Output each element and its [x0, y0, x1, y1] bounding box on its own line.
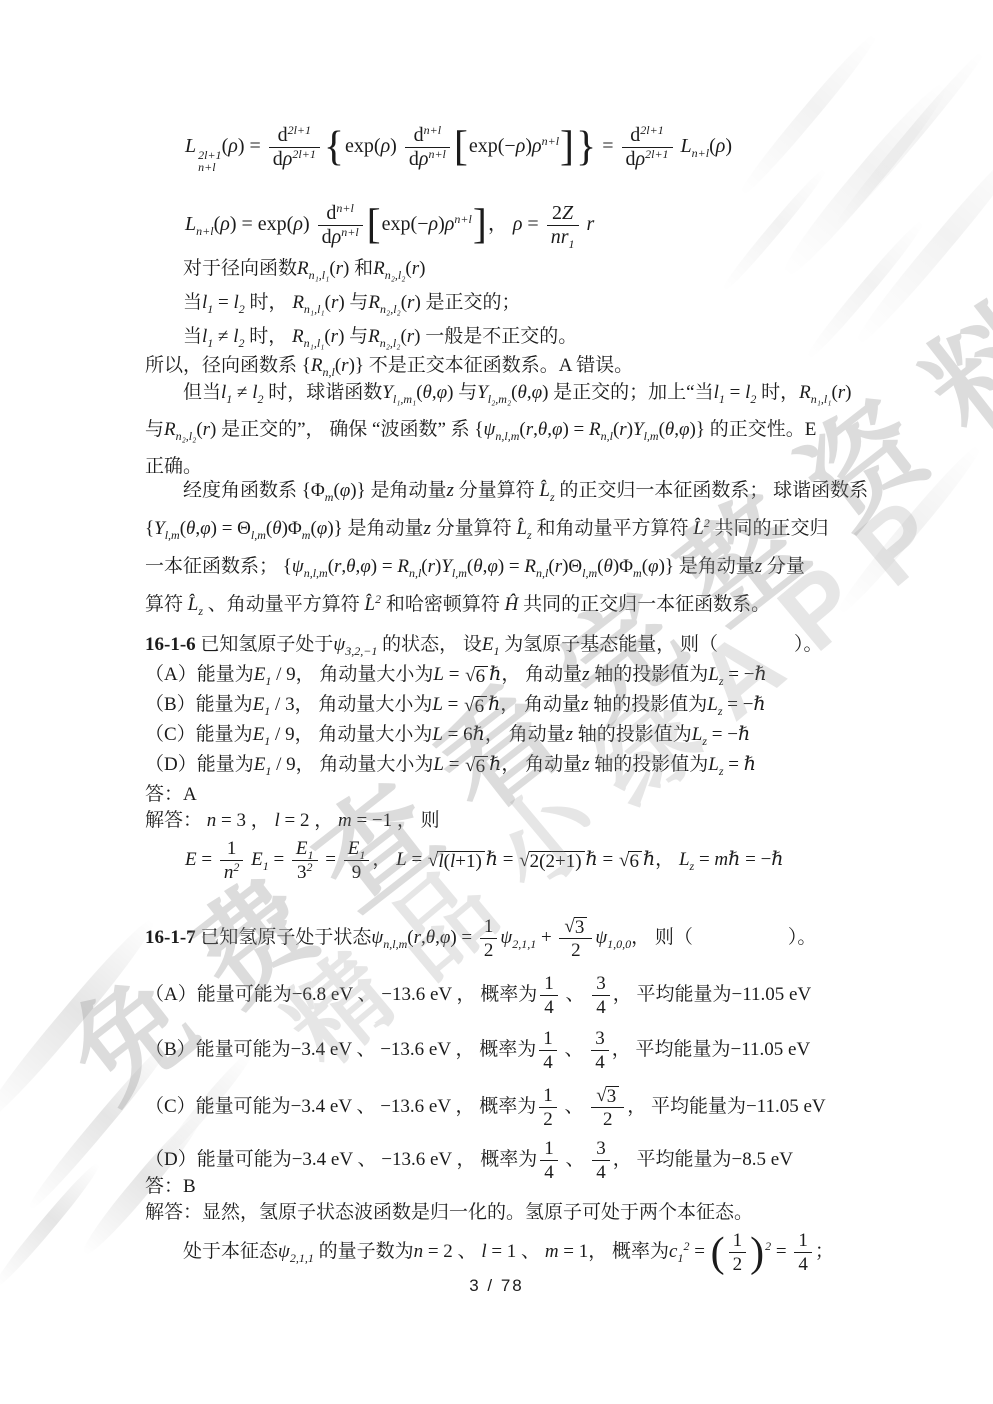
option-16-1-6-d: （D）能量为E1 / 9， 角动量大小为L = √6ℏ， 角动量z 轴的投影值为… — [145, 750, 822, 780]
paragraph-line: 一本征函数系； {ψn,l,m(r,θ,φ) = Rn,l(r)Yl,m(θ,φ… — [145, 548, 868, 586]
paragraph-line: 对于径向函数Rn₁,l₁(r) 和Rn₂,l₂(r) — [183, 252, 577, 286]
paragraph-line: 算符 L̂z 、角动量平方算符 L̂2 和哈密顿算符 Ĥ 共同的正交归一本征函数… — [145, 586, 868, 624]
option-16-1-7-c: （C）能量可能为−3.4 eV 、 −13.6 eV ， 概率为12 、 √32… — [145, 1078, 826, 1136]
solution-16-1-6-intro: 解答： n = 3 ， l = 2 ， m = −1 ， 则 — [145, 808, 440, 834]
problem-16-1-7-stem-formula: 已知氢原子处于状态ψn,l,m(r,θ,φ) = 12ψ2,1,1 + √32ψ… — [200, 927, 816, 948]
document-page: 免费查看完整资料 精品小绿APP L2l+1n+l(ρ) = d2l+1dρ2l… — [0, 0, 993, 1404]
problem-16-1-6-label: 16-1-6 — [145, 634, 196, 655]
paragraph-line: 与Rn₂,l₂(r) 是正交的”， 确保 “波函数” 系 {ψn,l,m(r,θ… — [145, 411, 852, 448]
option-16-1-7-d: （D）能量可能为−3.4 eV 、 −13.6 eV ， 概率为14 、 34，… — [145, 1134, 793, 1186]
problem-16-1-6: 16-1-6 已知氢原子处于ψ3,2,−1 的状态， 设E1 为氢原子基态能量，… — [145, 630, 822, 780]
solution-16-1-6-formula: E = 1n2 E1 = E132 = E19， L = √l(l+1)ℏ = … — [185, 836, 784, 884]
problem-16-1-7-stem: 16-1-7 已知氢原子处于状态ψn,l,m(r,θ,φ) = 12ψ2,1,1… — [145, 908, 816, 968]
paragraph-eigenfunction-systems: 经度角函数系 {Φm(φ)} 是角动量z 分量算符 L̂z 的正交归一本征函数系… — [145, 472, 868, 624]
solution-16-1-7-line: 处于本征态ψ2,1,1 的量子数为n = 2 、 l = 1 、 m = 1， … — [183, 1226, 834, 1278]
option-16-1-6-c: （C）能量为E1 / 9， 角动量大小为L = 6ℏ， 角动量z 轴的投影值为L… — [145, 720, 822, 750]
option-16-1-7-a: （A）能量可能为−6.8 eV 、 −13.6 eV ， 概率为14 、 34，… — [145, 968, 811, 1022]
page-number: 3 / 78 — [0, 1276, 993, 1296]
option-16-1-6-b: （B）能量为E1 / 3， 角动量大小为L = √6ℏ， 角动量z 轴的投影值为… — [145, 690, 822, 720]
problem-16-1-6-stem: 16-1-6 已知氢原子处于ψ3,2,−1 的状态， 设E1 为氢原子基态能量，… — [145, 630, 822, 660]
option-16-1-6-a: （A）能量为E1 / 9， 角动量大小为L = √6ℏ， 角动量z 轴的投影值为… — [145, 660, 822, 690]
paragraph-line: 当l1 ≠ l2 时， Rn₁,l₁(r) 与Rn₂,l₂(r) 一般是不正交的… — [183, 320, 577, 354]
problem-16-1-6-stem-text: 已知氢原子处于ψ3,2,−1 的状态， 设E1 为氢原子基态能量， 则（ ）。 — [200, 634, 822, 655]
paragraph-orthogonality: 但当l1 ≠ l2 时，球谐函数Yl₁,m₁(θ,φ) 与Yl₂,m₂(θ,φ)… — [145, 374, 852, 485]
option-16-1-7-b: （B）能量可能为−3.4 eV 、 −13.6 eV ， 概率为14 、 34，… — [145, 1024, 810, 1076]
paragraph-conclusion-line: 所以，径向函数系 {Rn,l(r)} 不是正交本征函数系。A 错误。 — [145, 352, 633, 380]
paragraph-line: {Yl,m(θ,φ) = Θl,m(θ)Φm(φ)} 是角动量z 分量算符 L̂… — [145, 510, 868, 548]
paragraph-line: 经度角函数系 {Φm(φ)} 是角动量z 分量算符 L̂z 的正交归一本征函数系… — [145, 472, 868, 510]
answer-block-16-1-6: 答：A 解答： n = 3 ， l = 2 ， m = −1 ， 则 — [145, 782, 440, 834]
problem-16-1-7-label: 16-1-7 — [145, 927, 196, 948]
paragraph-radial-functions: 对于径向函数Rn₁,l₁(r) 和Rn₂,l₂(r) 当l1 = l2 时， R… — [183, 252, 577, 354]
formula-associated-laguerre: L2l+1n+l(ρ) = d2l+1dρ2l+1{exp(ρ) dn+ldρn… — [185, 112, 732, 180]
formula-laguerre: Ln+l(ρ) = exp(ρ) dn+ldρn+l[exp(−ρ)ρn+l]，… — [185, 196, 594, 252]
answer-16-1-6: 答：A — [145, 782, 440, 808]
solution-16-1-7-intro: 解答：显然，氢原子状态波函数是归一化的。氢原子可处于两个本征态。 — [145, 1200, 753, 1226]
paragraph-line: 当l1 = l2 时， Rn₁,l₁(r) 与Rn₂,l₂(r) 是正交的； — [183, 286, 577, 320]
watermark-streak — [0, 913, 161, 1126]
